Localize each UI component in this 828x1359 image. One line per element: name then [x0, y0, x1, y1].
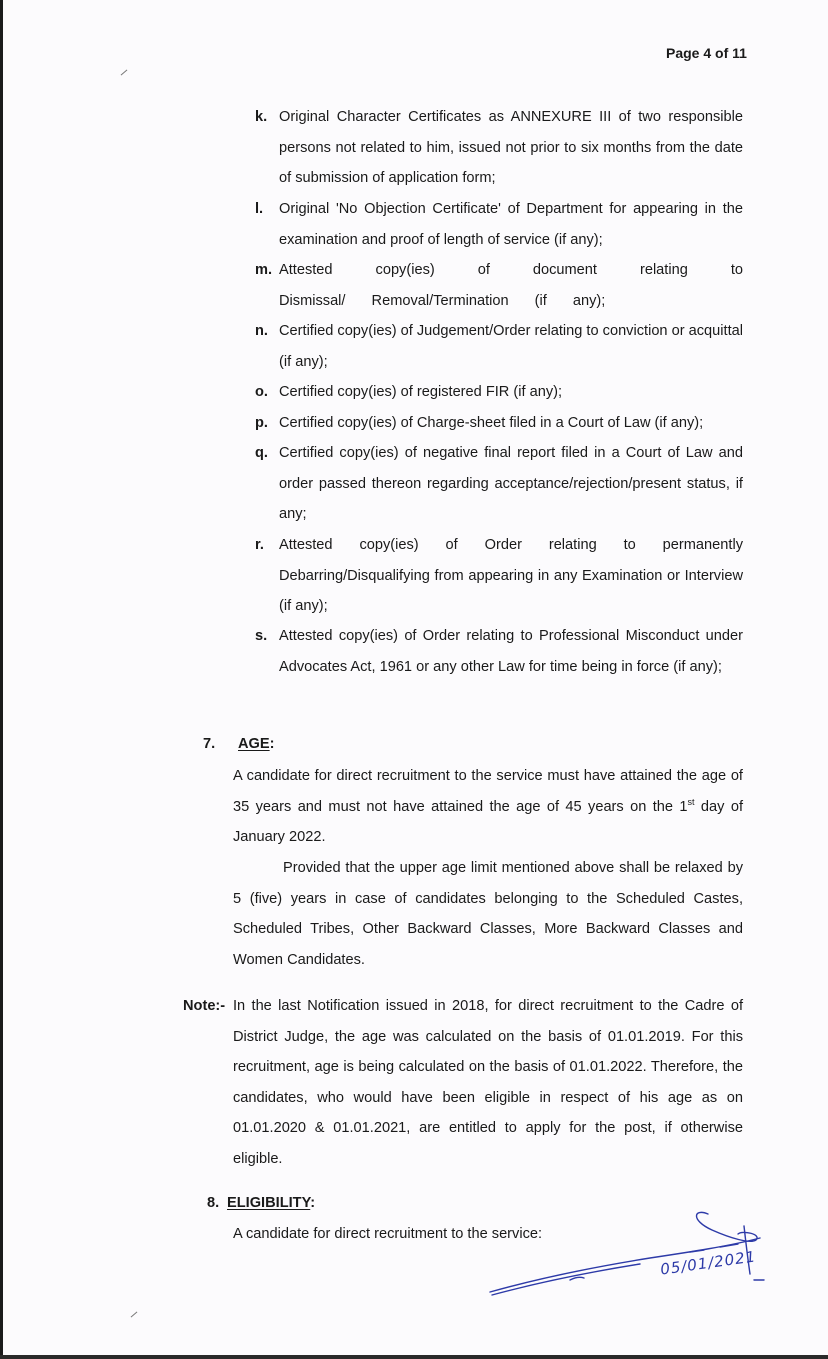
list-item-text: Certified copy(ies) of registered FIR (i…: [279, 377, 743, 408]
section-title: AGE: [238, 736, 270, 752]
age-relaxation-paragraph: Provided that the upper age limit mentio…: [233, 853, 743, 975]
section-eligibility-heading: 8.ELIGIBILITY:: [207, 1188, 315, 1218]
page-number: Page 4 of 11: [666, 45, 747, 61]
section-age-heading: 7.AGE:: [203, 729, 275, 759]
scan-speck: [131, 1312, 138, 1318]
list-item-text: Original 'No Objection Certificate' of D…: [279, 194, 743, 255]
list-item-label: q.: [255, 438, 279, 469]
list-item-text: Attested copy(ies) of document relating …: [279, 255, 743, 316]
list-item-label: n.: [255, 316, 279, 347]
note-label: Note:-: [183, 991, 225, 1022]
list-item-s: s. Attested copy(ies) of Order relating …: [255, 621, 743, 682]
list-item-label: o.: [255, 377, 279, 408]
list-item-label: r.: [255, 530, 279, 561]
note-text: In the last Notification issued in 2018,…: [233, 991, 743, 1174]
list-item-label: s.: [255, 621, 279, 652]
list-item-l: l. Original 'No Objection Certificate' o…: [255, 194, 743, 255]
list-item-o: o. Certified copy(ies) of registered FIR…: [255, 377, 743, 408]
section-colon: :: [310, 1195, 315, 1211]
list-item-r: r. Attested copy(ies) of Order relating …: [255, 530, 743, 622]
age-paragraph: A candidate for direct recruitment to th…: [233, 761, 743, 853]
list-item-label: m.: [255, 255, 279, 286]
list-item-text: Original Character Certificates as ANNEX…: [279, 102, 743, 194]
list-item-text: Attested copy(ies) of Order relating to …: [279, 621, 743, 682]
list-item-text: Attested copy(ies) of Order relating to …: [279, 530, 743, 622]
scan-edge-left: [0, 0, 3, 1359]
age-text-part1: A candidate for direct recruitment to th…: [233, 768, 743, 815]
list-item-text: Certified copy(ies) of Judgement/Order r…: [279, 316, 743, 377]
scan-speck: [121, 70, 128, 76]
section-number: 7.: [203, 729, 238, 759]
list-item-n: n. Certified copy(ies) of Judgement/Orde…: [255, 316, 743, 377]
section-title: ELIGIBILITY: [227, 1195, 310, 1211]
list-item-q: q. Certified copy(ies) of negative final…: [255, 438, 743, 530]
list-item-label: p.: [255, 408, 279, 439]
age-text-superscript: st: [688, 797, 695, 807]
section-number: 8.: [207, 1188, 227, 1218]
list-item-label: k.: [255, 102, 279, 133]
list-item-label: l.: [255, 194, 279, 225]
list-item-p: p. Certified copy(ies) of Charge-sheet f…: [255, 408, 743, 439]
list-item-m: m. Attested copy(ies) of document relati…: [255, 255, 743, 316]
list-item-text: Certified copy(ies) of Charge-sheet file…: [279, 408, 743, 439]
list-item-text: Certified copy(ies) of negative final re…: [279, 438, 743, 530]
section-colon: :: [270, 736, 275, 752]
scan-edge-bottom: [0, 1355, 828, 1359]
list-item-k: k. Original Character Certificates as AN…: [255, 102, 743, 194]
